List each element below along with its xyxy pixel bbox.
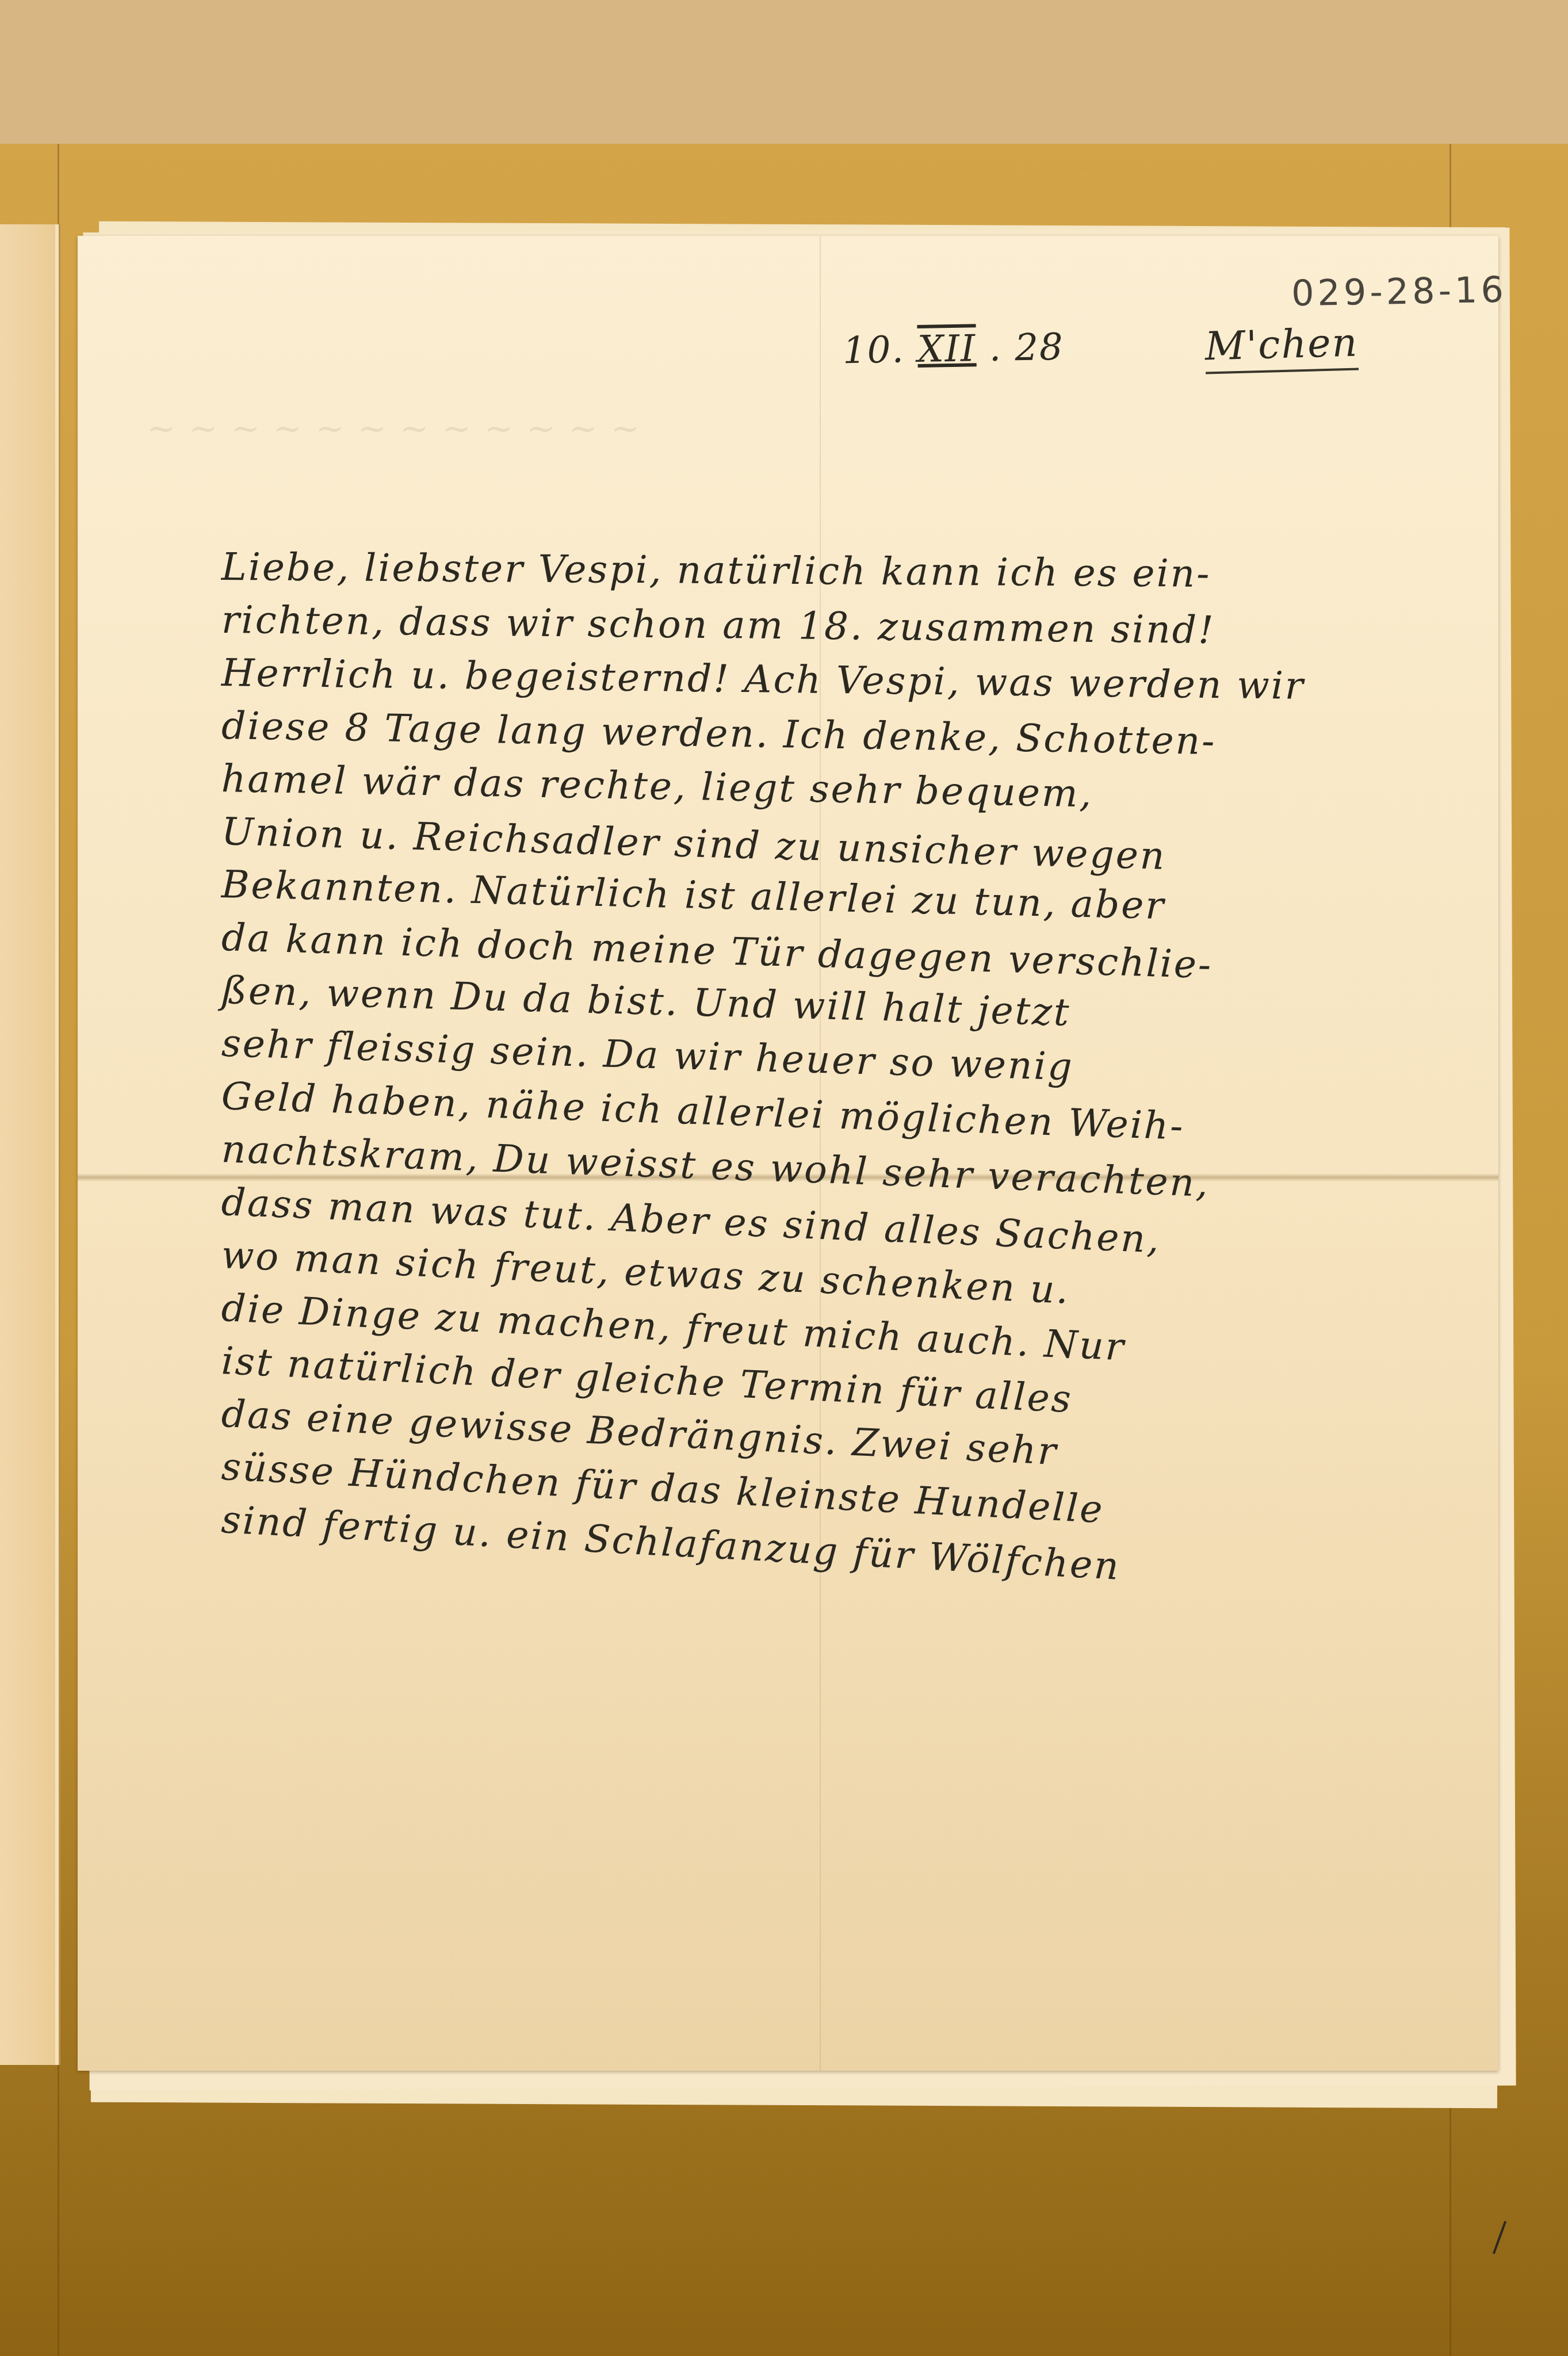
letter-date: 10. XII . 28: [842, 326, 1064, 373]
letter-page: ~ ~ ~ ~ ~ ~ ~ ~ ~ ~ ~ ~ 029-28-16 10. XI…: [78, 236, 1498, 2071]
date-day: 10.: [842, 328, 905, 372]
body-line: Liebe, liebster Vespi, natürlich kann ic…: [221, 541, 1545, 603]
backdrop: [0, 0, 1568, 144]
adjacent-paper-stack: [0, 224, 60, 2065]
archive-number: 029-28-16: [1291, 269, 1507, 315]
bleed-through-text: ~ ~ ~ ~ ~ ~ ~ ~ ~ ~ ~ ~: [147, 408, 641, 449]
date-month: XII: [917, 327, 976, 371]
letter-place: M'chen: [1204, 320, 1359, 374]
letter-body: Liebe, liebster Vespi, natürlich kann ic…: [221, 541, 1544, 1546]
date-year: . 28: [989, 326, 1064, 370]
